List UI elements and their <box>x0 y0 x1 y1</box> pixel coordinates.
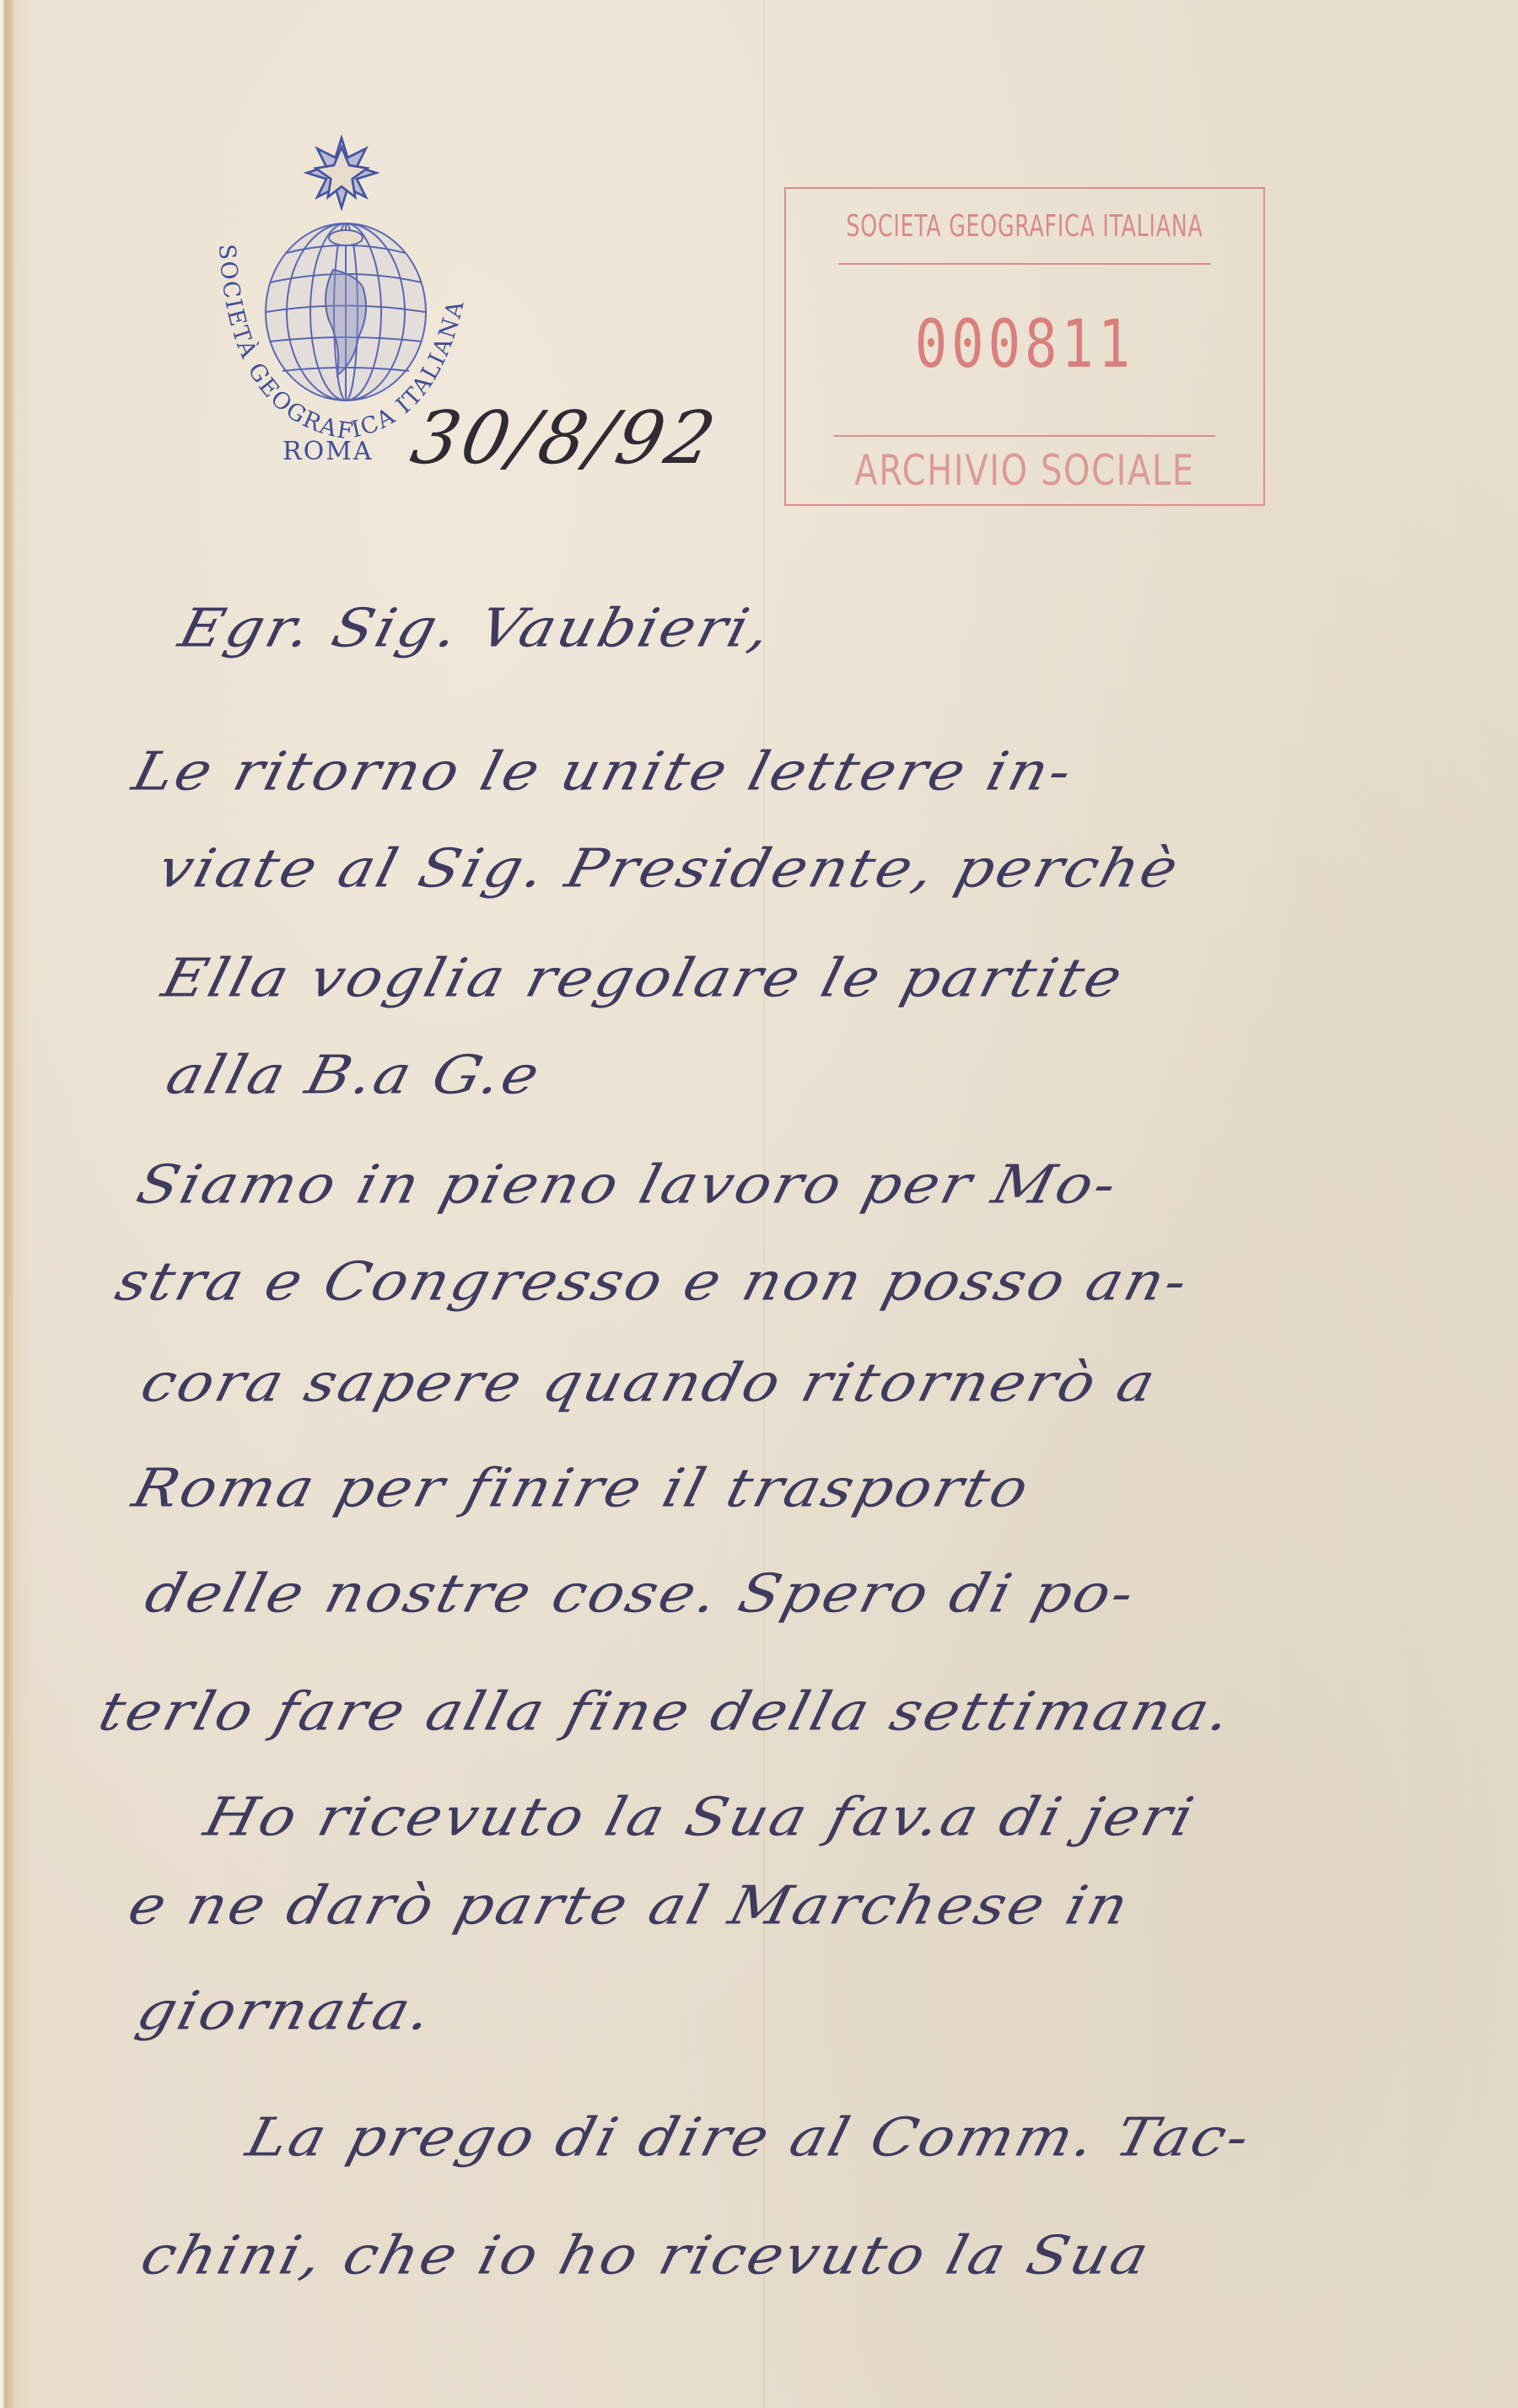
letter-line: stra e Congresso e non posso an- <box>110 1250 1196 1313</box>
letter-line: e ne darò parte al Marchese in <box>122 1874 1137 1937</box>
paper-edge <box>0 0 13 2408</box>
letter-line: chini, che io ho ricevuto la Sua <box>135 2224 1157 2287</box>
letter-date: 30/8/92 <box>404 396 725 481</box>
letter-line: cora sapere quando ritornerò a <box>135 1352 1164 1414</box>
stamp-footer: ARCHIVIO SOCIALE <box>834 435 1216 504</box>
archive-stamp: SOCIETA GEOGRAFICA ITALIANA 000811 ARCHI… <box>784 187 1265 506</box>
letter-line: Roma per finire il trasporto <box>126 1457 1036 1519</box>
stamp-header: SOCIETA GEOGRAFICA ITALIANA <box>838 189 1210 265</box>
letter-line: Ella voglia regolare le partite <box>156 947 1131 1009</box>
letterhead-city: ROMA <box>283 437 374 466</box>
letter-line: Le ritorno le unite lettere in- <box>126 740 1080 803</box>
letter-line: Ho ricevuto la Sua fav.a di jeri <box>198 1786 1202 1848</box>
letter-line: viate al Sig. Presidente, perchè <box>152 837 1187 900</box>
letter-line: La prego di dire al Comm. Tac- <box>240 2106 1258 2169</box>
letter-line: Siamo in pieno lavoro per Mo- <box>131 1153 1125 1216</box>
salutation: Egr. Sig. Vaubieri, <box>173 597 779 659</box>
letter-line: alla B.a G.e <box>160 1044 548 1106</box>
letter-line: delle nostre cose. Spero di po- <box>139 1562 1143 1625</box>
letter-line: terlo fare alla fine della settimana. <box>93 1680 1240 1743</box>
letter-line: giornata. <box>131 1980 440 2042</box>
stamp-number: 000811 <box>829 307 1220 383</box>
star-icon <box>304 135 379 211</box>
